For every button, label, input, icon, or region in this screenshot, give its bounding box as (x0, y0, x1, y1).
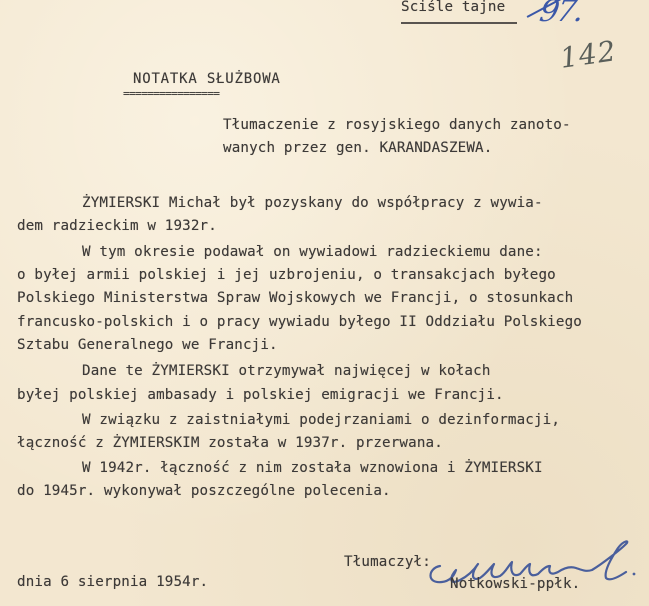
body-line: Polskiego Ministerstwa Spraw Wojskowych … (17, 291, 573, 305)
body-line: do 1945r. wykonywał poszczególne polecen… (17, 484, 391, 498)
body-line: W tym okresie podawał on wywiadowi radzi… (82, 245, 543, 259)
classification-stamp: Ściśle tajne (401, 0, 505, 14)
body-line: o byłej armii polskiej i jej uzbrojeniu,… (17, 268, 556, 282)
body-line: francusko-polskich i o pracy wywiadu był… (17, 315, 582, 329)
folio-number-new: 142 (558, 34, 618, 75)
document-page: Ściśle tajne 97. 142 NOTATKA SŁUŻBOWA ==… (0, 0, 649, 606)
body-line: dem radzieckim w 1932r. (17, 219, 217, 233)
document-title: NOTATKA SŁUŻBOWA (133, 72, 281, 86)
subtitle-line: Tłumaczenie z rosyjskiego danych zanoto- (223, 118, 571, 132)
title-double-underline: ================ (123, 88, 219, 99)
body-line: W związku z zaistniałymi podejrzaniami o… (82, 413, 560, 427)
body-line: ŻYMIERSKI Michał był pozyskany do współp… (82, 196, 543, 210)
folio-number-old: 97. (537, 0, 585, 29)
translator-name: Notkowski-ppłk. (450, 577, 580, 591)
subtitle-line: wanych przez gen. KARANDASZEWA. (223, 141, 492, 155)
document-date: dnia 6 sierpnia 1954r. (17, 575, 208, 589)
body-line: W 1942r. łączność z nim została wznowion… (82, 461, 543, 475)
body-line: byłej polskiej ambasady i polskiej emigr… (17, 388, 504, 402)
body-line: Sztabu Generalnego we Francji. (17, 338, 278, 352)
classification-underline (401, 22, 517, 24)
translator-label: Tłumaczył: (344, 555, 431, 569)
body-line: łączność z ŻYMIERSKIM została w 1937r. p… (17, 436, 443, 450)
body-line: Dane te ŻYMIERSKI otrzymywał najwięcej w… (82, 364, 491, 378)
